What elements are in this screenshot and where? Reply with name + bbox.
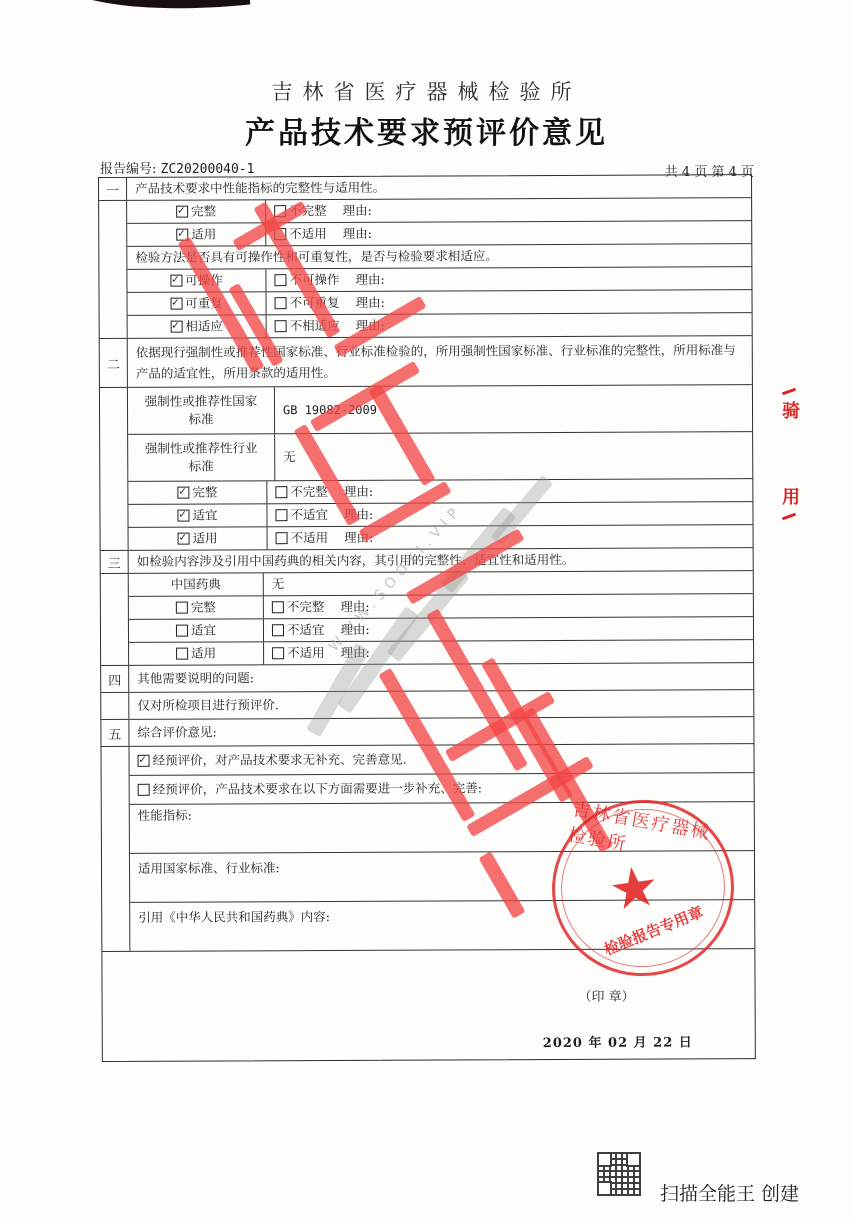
- note-text: 仅对所检项目进行预评价.: [129, 690, 753, 719]
- check-row: 可操作 不可操作理由:: [127, 266, 751, 292]
- pharmacopoeia-value: 无: [264, 571, 753, 595]
- standard-row: 强制性或推荐性国家标准 GB 19082-2009: [128, 385, 752, 434]
- standard-label: 强制性或推荐性行业标准: [128, 434, 275, 481]
- star-icon: ★: [605, 853, 664, 924]
- checkbox-unchecked[interactable]: [272, 624, 284, 636]
- section-heading: 如检验内容涉及引用中国药典的相关内容，其引用的完整性、适宜性和适用性。: [129, 548, 753, 573]
- document-title: 产品技术要求预评价意见: [0, 108, 853, 152]
- checkbox-checked[interactable]: [170, 275, 182, 287]
- sub-heading-row: 检验方法是否具有可操作性和可重复性，是否与检验要求相适应。: [127, 243, 751, 269]
- checkbox-unchecked[interactable]: [176, 602, 188, 614]
- section-number: 一: [99, 178, 127, 200]
- section-number: 三: [101, 551, 129, 573]
- checkbox-checked[interactable]: [170, 298, 182, 310]
- section-2: 二 依据现行强制性或推荐性国家标准、行业标准检验的，所用强制性国家标准、行业标准…: [100, 335, 752, 387]
- standard-label: 强制性或推荐性国家标准: [128, 387, 275, 434]
- section-number: 二: [100, 339, 128, 387]
- signature-date: 2020 年 02 月 22 日: [543, 1031, 693, 1051]
- section-heading: 综合评价意见:: [129, 717, 753, 746]
- qr-code: [597, 1152, 641, 1196]
- report-number-label: 报告编号:: [100, 162, 156, 177]
- section-number: 五: [101, 720, 129, 746]
- checkbox-checked[interactable]: [177, 510, 189, 522]
- section-heading: 依据现行强制性或推荐性国家标准、行业标准检验的，所用强制性国家标准、行业标准的完…: [128, 336, 752, 387]
- option-text: 经预评价，产品技术要求在以下方面需要进一步补充、完善:: [153, 779, 482, 798]
- checkbox-checked[interactable]: [170, 321, 182, 333]
- checkbox-checked[interactable]: [176, 206, 188, 218]
- side-stamp-fragment: 骑 用: [782, 390, 806, 540]
- organization-name: 吉林省医疗器械检验所: [0, 76, 853, 106]
- checkbox-unchecked[interactable]: [276, 532, 288, 544]
- section-number: 四: [101, 666, 129, 692]
- checkbox-unchecked[interactable]: [274, 274, 286, 286]
- section-heading: 产品技术要求中性能指标的完整性与适用性。: [127, 175, 751, 200]
- option-text: 经预评价，对产品技术要求无补充、完善意见.: [153, 751, 407, 770]
- standard-value: 无: [275, 432, 752, 480]
- checkbox-unchecked[interactable]: [275, 486, 287, 498]
- checkbox-checked[interactable]: [178, 533, 190, 545]
- checkbox-unchecked[interactable]: [176, 648, 188, 660]
- checkbox-unchecked[interactable]: [275, 509, 287, 521]
- standard-row: 强制性或推荐性行业标准 无: [128, 431, 752, 481]
- seal-label: （印 章）: [578, 986, 634, 1005]
- section-4-body: 仅对所检项目进行预评价.: [101, 689, 753, 719]
- scanner-credit: 扫描全能王 创建: [660, 1179, 799, 1206]
- page-corner-shadow: [46, 0, 251, 25]
- checkbox-checked[interactable]: [138, 755, 150, 767]
- sub-heading: 检验方法是否具有可操作性和可重复性，是否与检验要求相适应。: [127, 244, 751, 269]
- checkbox-checked[interactable]: [177, 487, 189, 499]
- checkbox-unchecked[interactable]: [272, 647, 284, 659]
- check-row: 适用 不适用理由:: [127, 220, 751, 246]
- checkbox-unchecked[interactable]: [275, 320, 287, 332]
- section-1: 一 产品技术要求中性能指标的完整性与适用性。: [99, 175, 751, 200]
- checkbox-unchecked[interactable]: [176, 625, 188, 637]
- checkbox-unchecked[interactable]: [138, 784, 150, 796]
- section-heading: 其他需要说明的问题:: [129, 663, 753, 692]
- pharmacopoeia-label: 中国药典: [129, 573, 264, 596]
- check-row: 完整 不完整理由:: [127, 198, 751, 223]
- section-4: 四 其他需要说明的问题:: [101, 662, 753, 692]
- report-number: 报告编号: ZC20200040-1: [100, 158, 254, 177]
- checkbox-unchecked[interactable]: [272, 601, 284, 613]
- report-number-value: ZC20200040-1: [161, 162, 255, 177]
- checkbox-unchecked[interactable]: [275, 297, 287, 309]
